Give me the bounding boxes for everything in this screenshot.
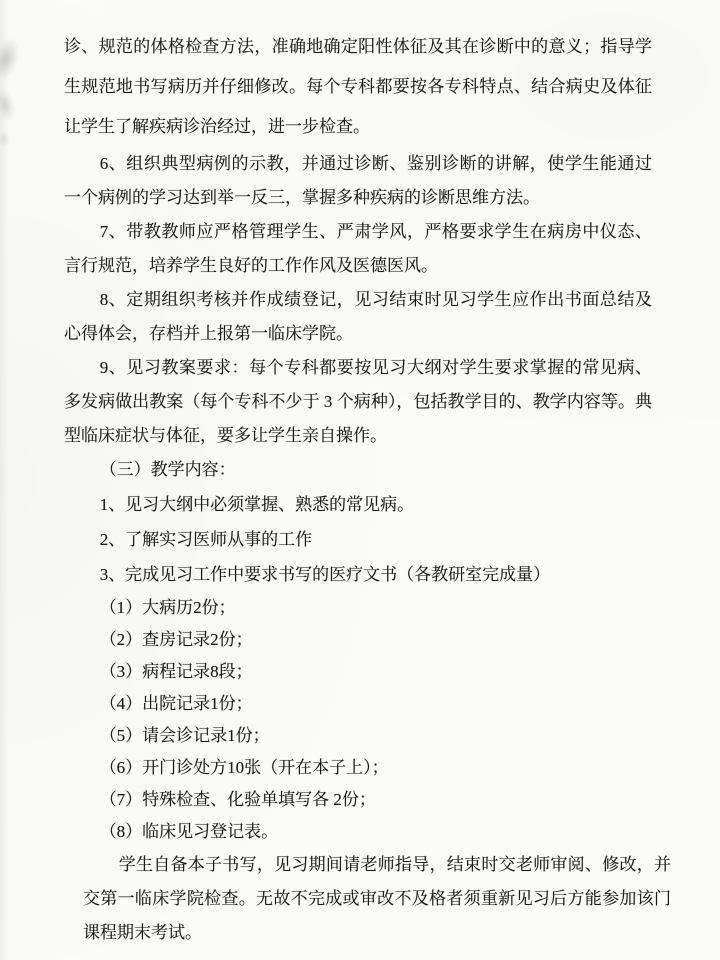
para-content-item-2: 2、了解实习医师从事的工作: [64, 522, 652, 557]
para-doc-item-7: （7）特殊检查、化验单填写各 2份；: [64, 784, 652, 816]
para-item-9: 9、见习教案要求：每个专科都要按见习大纲对学生要求掌握的常见病、多发病做出教案（…: [64, 351, 652, 453]
para-doc-item-4: （4）出院记录1份；: [64, 688, 652, 720]
para-doc-item-1: （1）大病历2份；: [64, 592, 652, 624]
para-content-item-3: 3、完成见习工作中要求书写的医疗文书（各教研室完成量）: [64, 557, 652, 592]
para-doc-item-6: （6）开门诊处方10张（开在本子上）；: [64, 752, 652, 784]
heading-teaching-content: （三）教学内容：: [64, 453, 652, 487]
para-continuation: 诊、规范的体格检查方法，准确地确定阳性体征及其在诊断中的意义；指导学生规范地书写…: [64, 27, 652, 147]
para-closing-note: 学生自备本子书写，见习期间请老师指导，结束时交老师审阅、修改，并交第一临床学院检…: [83, 848, 671, 950]
para-doc-item-2: （2）查房记录2份；: [64, 624, 652, 656]
para-item-6: 6、组织典型病例的示教，并通过诊断、鉴别诊断的讲解，使学生能通过一个病例的学习达…: [64, 147, 652, 215]
scan-smudge: [0, 26, 30, 91]
para-doc-item-8: （8）临床见习登记表。: [64, 816, 652, 848]
document-content: 诊、规范的体格检查方法，准确地确定阳性体征及其在诊断中的意义；指导学生规范地书写…: [64, 27, 652, 950]
scan-smudge: [0, 128, 12, 150]
document-page: 诊、规范的体格检查方法，准确地确定阳性体征及其在诊断中的意义；指导学生规范地书写…: [0, 0, 720, 960]
para-content-item-1: 1、见习大纲中必须掌握、熟悉的常见病。: [64, 487, 652, 522]
para-item-8: 8、定期组织考核并作成绩登记，见习结束时见习学生应作出书面总结及心得体会，存档并…: [64, 283, 652, 351]
scan-smudge: [0, 80, 22, 130]
para-doc-item-3: （3）病程记录8段；: [64, 656, 652, 688]
para-item-7: 7、带教教师应严格管理学生、严肃学风，严格要求学生在病房中仪态、言行规范，培养学…: [64, 215, 652, 283]
para-doc-item-5: （5）请会诊记录1份；: [64, 720, 652, 752]
